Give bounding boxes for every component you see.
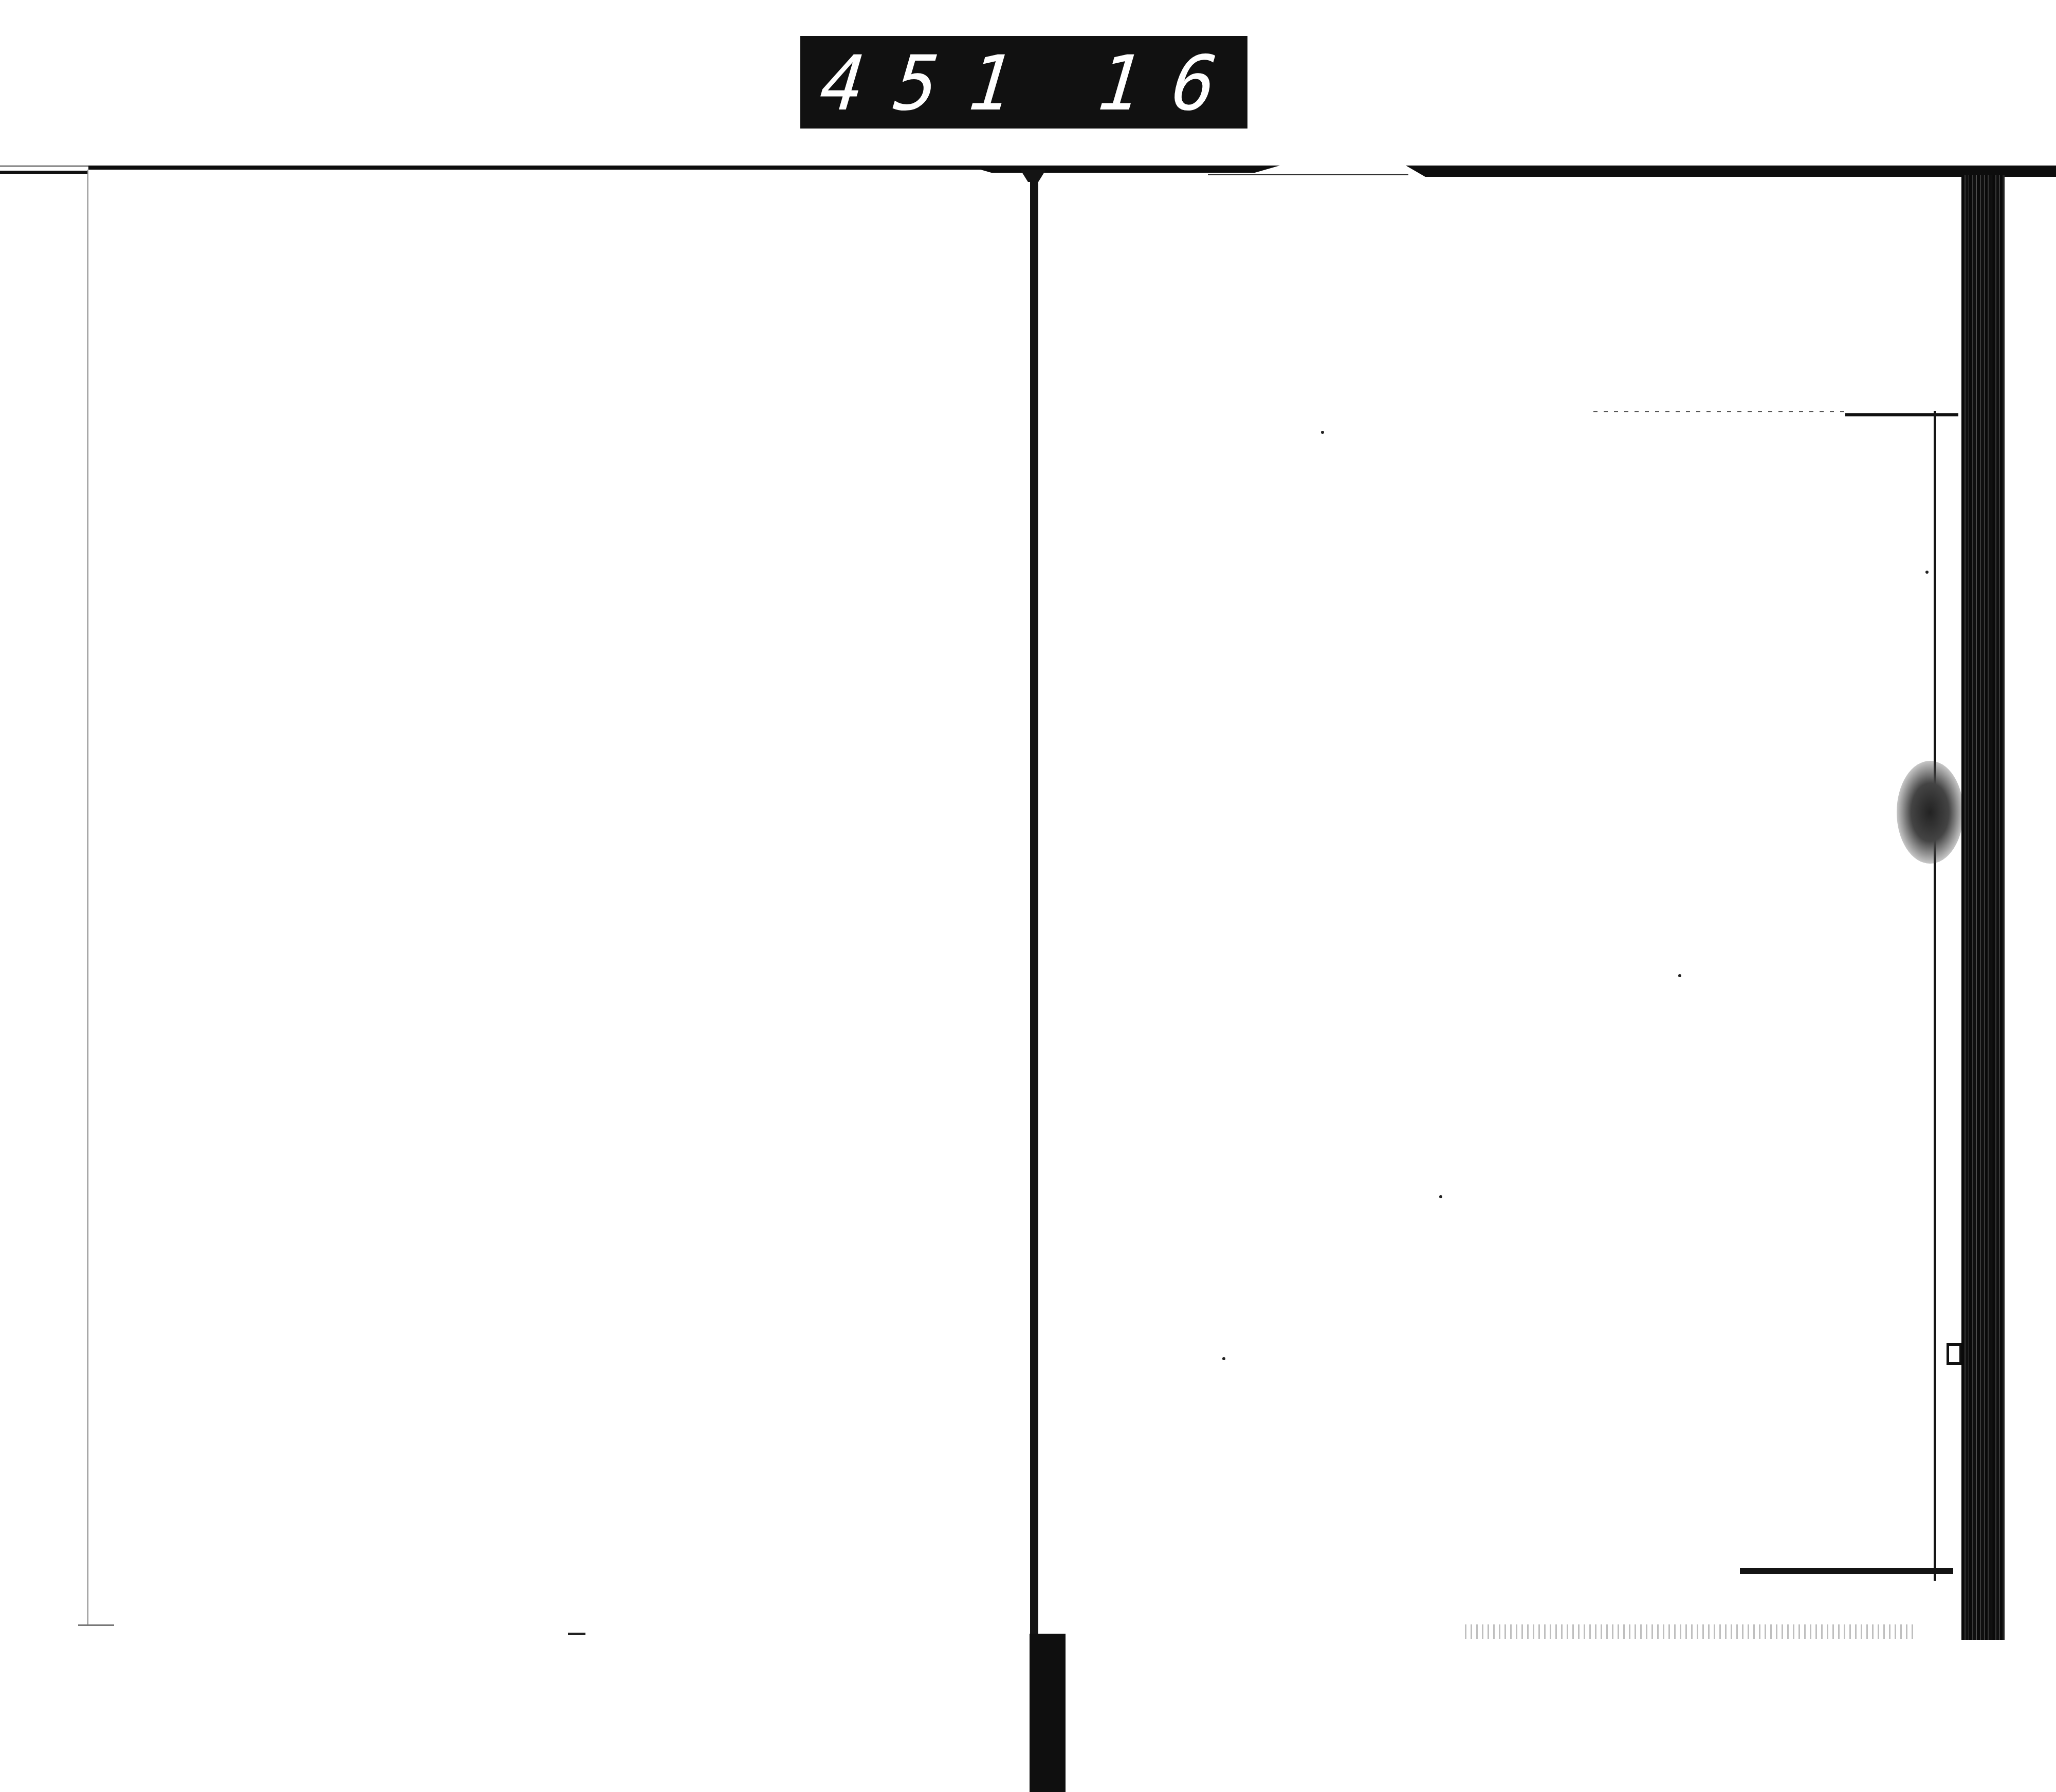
right-page-top-dotted-rule bbox=[1593, 411, 1845, 412]
right-book-edge-outline bbox=[2003, 175, 2005, 1640]
top-rule-left-thin bbox=[0, 166, 88, 167]
frame-number-second: 161. bbox=[1094, 40, 1400, 128]
top-rule-left-page bbox=[88, 166, 1014, 170]
top-rule-center-wedge bbox=[966, 166, 1280, 173]
ink-smudge bbox=[1897, 761, 1963, 864]
top-rule-center-thin bbox=[1208, 174, 1408, 175]
right-page-top-inner-rule bbox=[1845, 413, 1958, 416]
frame-counter-label: 451 161. bbox=[800, 36, 1247, 129]
speck bbox=[1439, 1195, 1442, 1198]
speck bbox=[1925, 571, 1929, 574]
right-book-edge bbox=[1961, 175, 2003, 1640]
right-page-inner-rule bbox=[1934, 411, 1936, 1581]
left-page-bottom-corner bbox=[78, 1624, 114, 1626]
book-gutter-line bbox=[1030, 170, 1038, 1635]
left-page-edge bbox=[87, 170, 88, 1624]
clip-mark bbox=[1947, 1343, 1962, 1365]
left-page-mark bbox=[568, 1633, 585, 1635]
speck bbox=[1321, 431, 1324, 434]
right-page-bottom-rule bbox=[1740, 1568, 1953, 1574]
frame-number-first: 451 bbox=[816, 40, 1048, 128]
speck bbox=[1678, 974, 1681, 977]
top-rule-left-outer bbox=[0, 171, 88, 174]
gutter-base-block bbox=[1030, 1634, 1066, 1792]
scan-noise bbox=[1465, 1624, 1917, 1639]
speck bbox=[1222, 1357, 1225, 1360]
top-rule-right-page bbox=[1406, 166, 2056, 177]
